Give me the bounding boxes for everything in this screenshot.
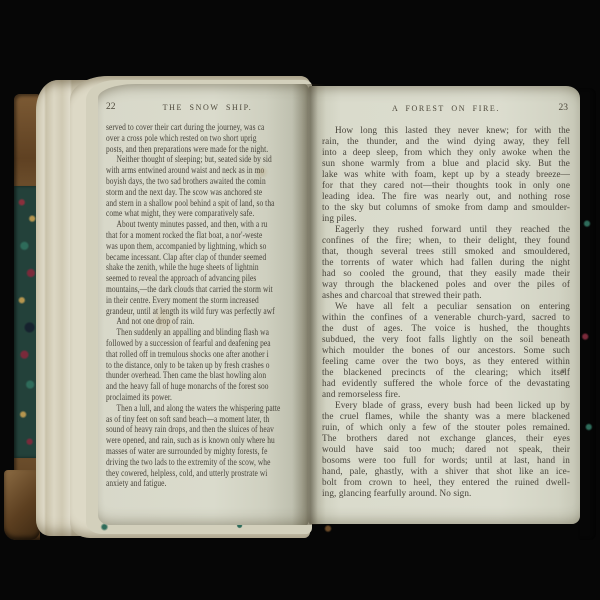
text-line: ruin, of which only a few of the stouter… bbox=[322, 422, 570, 433]
left-page-header: 22 THE SNOW SHIP. bbox=[106, 103, 309, 112]
text-line: they cowered, helpless, cold, and utterl… bbox=[106, 468, 309, 479]
text-line: had so cooled the ground, that they easi… bbox=[322, 268, 570, 279]
text-line: boyish days, the two sad brothers awaite… bbox=[106, 176, 309, 187]
text-line: Then a lull, and along the waters the wh… bbox=[106, 403, 309, 414]
text-line: ing, glancing fearfully around. No sign. bbox=[322, 488, 570, 499]
text-line: lake was white with foam, kept up by a s… bbox=[322, 169, 570, 180]
text-line: as of tiny feet on soft sand beach—a mom… bbox=[106, 414, 309, 425]
text-line: the dust of ages. The voice is hushed, t… bbox=[322, 323, 570, 334]
text-line: which moulder the bones of our ancestors… bbox=[322, 345, 570, 356]
text-line: mountains,—the dark clouds that carried … bbox=[106, 284, 309, 295]
text-line: way through the blackened poles and over… bbox=[322, 279, 570, 290]
text-line: rain, the thunder, and the wind dying aw… bbox=[322, 136, 570, 147]
text-line: anxiety and fatigue. bbox=[106, 478, 309, 489]
text-line: to the sky but columns of smoke from dam… bbox=[322, 202, 570, 213]
text-line: and stern in a shallow pool behind a spi… bbox=[106, 198, 309, 209]
text-line: How long this lasted they never knew; fo… bbox=[322, 125, 570, 136]
text-line: in their centre. Every moment the storm … bbox=[106, 295, 309, 306]
text-line: masses of water are surrounded by mighty… bbox=[106, 446, 309, 457]
text-line: leading idea. The fire was nearly out, a… bbox=[322, 191, 570, 202]
text-line: proclaimed its power. bbox=[106, 392, 309, 403]
leather-bottom-corner bbox=[4, 470, 40, 540]
right-text-column: How long this lasted they never knew; fo… bbox=[322, 125, 570, 499]
text-line: sound of heavy rain drops, and then the … bbox=[106, 424, 309, 435]
text-line: bolt from crown to heel, they entered th… bbox=[322, 477, 570, 488]
running-head-left: THE SNOW SHIP. bbox=[106, 103, 309, 112]
text-line: that, though several trees still smoked … bbox=[322, 246, 570, 257]
text-line: the blackened precincts of the clearing;… bbox=[322, 367, 570, 378]
text-line: into a deep sleep, from which they only … bbox=[322, 147, 570, 158]
text-line: and remorseless fire. bbox=[322, 389, 570, 400]
text-line: to the distance, only to be taken up by … bbox=[106, 360, 309, 371]
text-line: became incessant. Clap after clap of thu… bbox=[106, 252, 309, 263]
text-line: were opened, and rain, such as is known … bbox=[106, 435, 309, 446]
text-line: Eagerly they rushed forward until they r… bbox=[322, 224, 570, 235]
text-line: come what might, they were comparatively… bbox=[106, 208, 309, 219]
text-line: And not one drop of rain. bbox=[106, 316, 309, 327]
right-page: A FOREST ON FIRE. 23 How long this laste… bbox=[308, 86, 580, 524]
text-line: driving the two lads to the extremity of… bbox=[106, 457, 309, 468]
text-line: ashes and charcoal that strewed their pa… bbox=[322, 290, 570, 301]
text-line: within the confines of a venerable churc… bbox=[322, 312, 570, 323]
text-line: followed by a succession of fearful and … bbox=[106, 338, 309, 349]
text-line: feeling came over the two boys, as they … bbox=[322, 356, 570, 367]
text-line: bosoms were too full for words; until at… bbox=[322, 455, 570, 466]
text-line: posts, and then preparations were made f… bbox=[106, 144, 309, 155]
text-line: with arms entwined around waist and neck… bbox=[106, 165, 309, 176]
page-number-right: 23 bbox=[559, 103, 569, 113]
left-page: 22 THE SNOW SHIP. served to cover their … bbox=[98, 84, 308, 525]
page-number-left: 22 bbox=[106, 102, 116, 112]
text-line: Then suddenly an appalling and blinding … bbox=[106, 327, 309, 338]
text-line: shake the zenith, while the huge sheets … bbox=[106, 262, 309, 273]
text-line: About twenty minutes passed, and then, w… bbox=[106, 219, 309, 230]
text-line: the torrents of water which had fallen d… bbox=[322, 257, 570, 268]
book-photograph: 22 THE SNOW SHIP. served to cover their … bbox=[0, 0, 600, 600]
text-line: had evidently suffered the whole force o… bbox=[322, 378, 570, 389]
text-line: that rolled off in tremulous shocks one … bbox=[106, 349, 309, 360]
text-line: thunder overhead. Then came the blast ho… bbox=[106, 370, 309, 381]
text-line: confines of the fire; when, to their del… bbox=[322, 235, 570, 246]
text-line: the cruel flames, while the shanty was a… bbox=[322, 411, 570, 422]
text-line: and the heavy fall of huge monarchs of t… bbox=[106, 381, 309, 392]
left-text-column: served to cover their cart during the jo… bbox=[106, 122, 309, 489]
text-line: ing piles. bbox=[322, 213, 570, 224]
text-line: sun shone warmly from a blue and placid … bbox=[322, 158, 570, 169]
text-line: served to cover their cart during the jo… bbox=[106, 122, 309, 133]
text-line: Every blade of grass, every bush had bee… bbox=[322, 400, 570, 411]
text-line: Neither thought of sleeping; but, seated… bbox=[106, 154, 309, 165]
running-head-right: A FOREST ON FIRE. bbox=[322, 104, 570, 113]
text-line: for that they cared not—their thoughts t… bbox=[322, 180, 570, 191]
text-line: grandeur, until at length its wild fury … bbox=[106, 306, 309, 317]
text-line: would have said too much; dared not spea… bbox=[322, 444, 570, 455]
right-board-edge bbox=[578, 88, 596, 540]
text-line: We have all felt a peculiar sensation on… bbox=[322, 301, 570, 312]
text-line: seemed to reveal the approach of advanci… bbox=[106, 273, 309, 284]
text-line: subdued, the very foot falls lightly on … bbox=[322, 334, 570, 345]
text-line: storm and the next day. The scow was anc… bbox=[106, 187, 309, 198]
right-page-header: A FOREST ON FIRE. 23 bbox=[322, 104, 570, 113]
left-text-clip: served to cover their cart during the jo… bbox=[106, 122, 309, 502]
text-line: was upon them, accompanied by lightning,… bbox=[106, 241, 309, 252]
text-line: over a cross pole which rested on two sh… bbox=[106, 133, 309, 144]
text-line: that for a moment rocked the flat boat, … bbox=[106, 230, 309, 241]
text-line: The brothers dared not exchange glances,… bbox=[322, 433, 570, 444]
text-line: hand, pale, ghastly, with a shiver that … bbox=[322, 466, 570, 477]
